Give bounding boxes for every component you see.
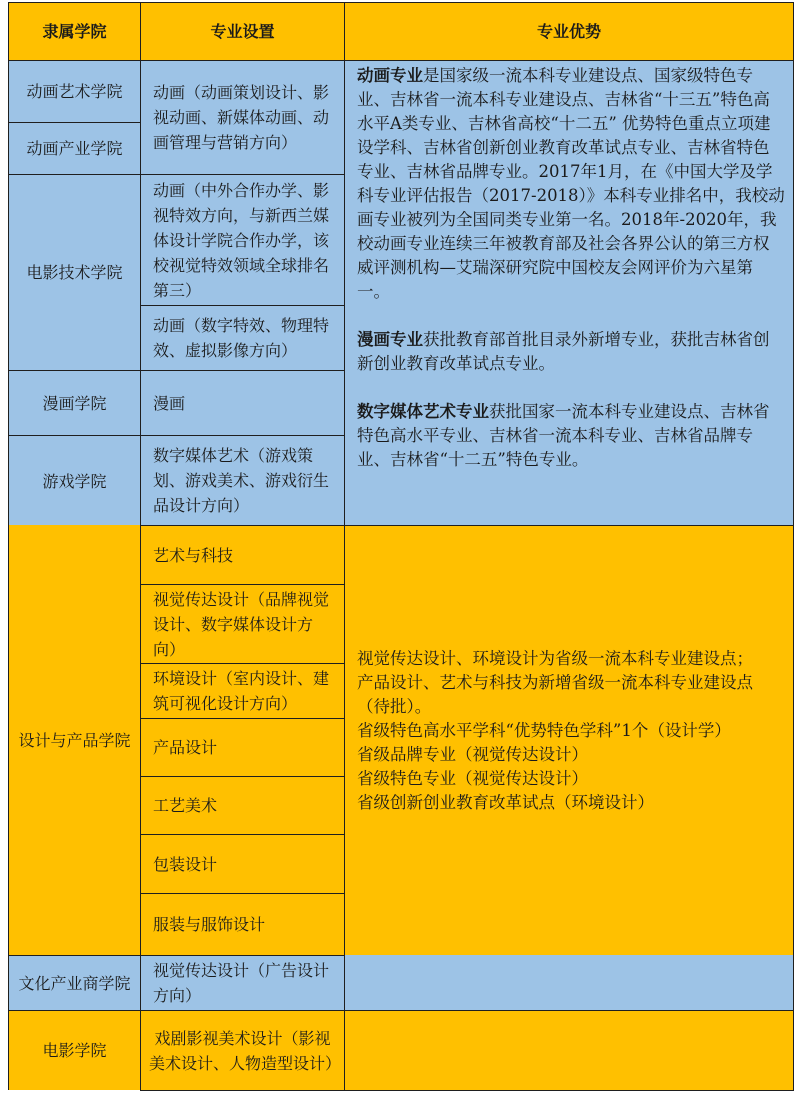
- advantage-animation: 动画专业是国家级一流本科专业建设点、国家级特色专业、吉林省一流本科专业建设点、吉…: [357, 64, 785, 304]
- major-cell: 环境设计（室内设计、建筑可视化设计方向）: [140, 663, 345, 719]
- advantage-cell-animation-comics-games: 动画专业是国家级一流本科专业建设点、国家级特色专业、吉林省一流本科专业建设点、吉…: [344, 60, 794, 526]
- major-cell: 动画（动画策划设计、影视动画、新媒体动画、动画管理与营销方向）: [140, 60, 345, 175]
- major-cell: 艺术与科技: [140, 525, 345, 585]
- major-cell: 服装与服饰设计: [140, 893, 345, 956]
- major-cell: 动画（数字特效、物理特效、虚拟影像方向）: [140, 305, 345, 371]
- college-cell: 电影技术学院: [8, 174, 141, 371]
- major-cell: 视觉传达设计（广告设计方向）: [140, 955, 345, 1011]
- header-major: 专业设置: [140, 2, 345, 61]
- college-cell: 游戏学院: [8, 435, 141, 526]
- college-cell: 设计与产品学院: [8, 525, 141, 956]
- major-cell: 工艺美术: [140, 776, 345, 835]
- college-cell: 动画产业学院: [8, 122, 141, 175]
- advantage-cell-empty: [344, 955, 794, 1011]
- advantage-cell-empty: [344, 1010, 794, 1091]
- header-advantage: 专业优势: [344, 2, 794, 61]
- college-cell: 动画艺术学院: [8, 60, 141, 123]
- advantage-digital-media: 数字媒体艺术专业获批国家一流本科专业建设点、吉林省特色高水平专业、吉林省一流本科…: [357, 400, 785, 472]
- major-cell: 产品设计: [140, 718, 345, 777]
- college-cell: 漫画学院: [8, 370, 141, 436]
- college-cell: 文化产业商学院: [8, 955, 141, 1011]
- major-cell: 动画（中外合作办学、影视特效方向，与新西兰媒体设计学院合作办学，该校视觉特效领域…: [140, 174, 345, 306]
- college-cell: 电影学院: [8, 1010, 141, 1090]
- design-advantage-line: 省级品牌专业（视觉传达设计）: [357, 743, 785, 767]
- design-advantage-line: 省级特色高水平学科“优势特色学科”1个（设计学）: [357, 719, 785, 743]
- design-advantage-line: 省级特色专业（视觉传达设计）: [357, 767, 785, 791]
- major-cell: 视觉传达设计（品牌视觉设计、数字媒体设计方向）: [140, 584, 345, 664]
- design-advantage-line: 视觉传达设计、环境设计为省级一流本科专业建设点；: [357, 647, 785, 671]
- header-college: 隶属学院: [8, 2, 141, 61]
- advantage-comics: 漫画专业获批教育部首批目录外新增专业，获批吉林省创新创业教育改革试点专业。: [357, 328, 785, 376]
- major-cell: 包装设计: [140, 834, 345, 894]
- advantage-cell-design: 视觉传达设计、环境设计为省级一流本科专业建设点； 产品设计、艺术与科技为新增省级…: [344, 525, 794, 956]
- major-cell: 漫画: [140, 370, 345, 436]
- major-cell: 戏剧影视美术设计（影视美术设计、人物造型设计）: [140, 1010, 345, 1091]
- design-advantage-line: 产品设计、艺术与科技为新增省级一流本科专业建设点（待批）。: [357, 671, 785, 719]
- major-cell: 数字媒体艺术（游戏策划、游戏美术、游戏衍生品设计方向）: [140, 435, 345, 526]
- design-advantage-line: 省级创新创业教育改革试点（环境设计）: [357, 791, 785, 815]
